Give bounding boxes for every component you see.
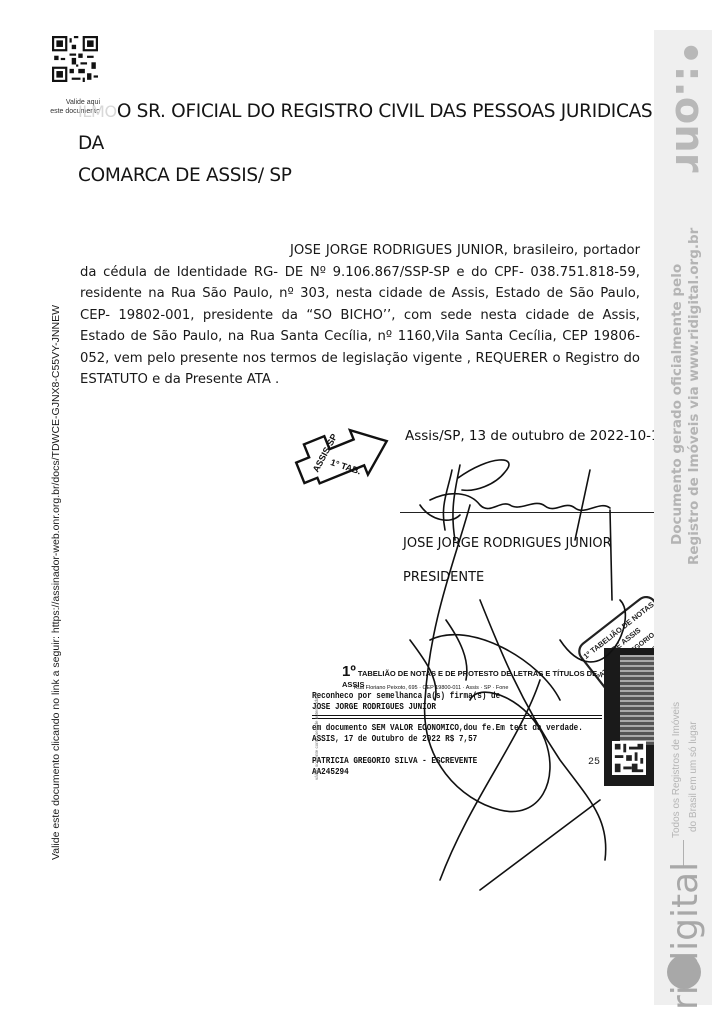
document-title: ILMOO SR. OFICIAL DO REGISTRO CIVIL DAS … [78,96,658,192]
notary-number: 1º [342,663,356,680]
seal-qr-icon [612,740,646,776]
ri-digital-tagline-2: do Brasil em um só lugar [688,721,699,832]
watermark-line-1: Documento gerado oficialmente pelo [669,264,685,545]
place-date: Assis/SP, 13 de outubro de 2022-10-13 [405,428,668,444]
request-body: JOSE JORGE RODRIGUES JUNIOR, brasileiro,… [80,240,640,391]
signer-role: PRESIDENTE [403,570,484,585]
title-line-1: O SR. OFICIAL DO REGISTRO CIVIL DAS PESS… [78,101,652,154]
signature-line [400,512,658,513]
notary-line [312,745,567,756]
notary-line: em documento SEM VALOR ECONOMICO,dou fe.… [312,723,567,734]
qr-code-icon[interactable] [52,36,98,82]
notary-line: Reconheco por semelhanca a(s) firma(s) d… [312,691,567,702]
request-paragraph: JOSE JORGE RODRIGUES JUNIOR, brasileiro,… [80,240,640,391]
tab-arrow-stamp: ASSIS-SP 1° TAB. [290,422,400,494]
notary-side-text: válido somente com o selo de autenticida… [314,692,319,780]
ri-digital-tagline-1: Todos os Registros de Imóveis [671,702,682,838]
title-line-2: COMARCA DE ASSIS/ SP [78,160,658,192]
onr-logo: •:.onr [666,40,712,172]
notary-line: AA245294 [312,767,567,778]
notary-recognition-stamp: 1º TABELIÃO DE NOTAS E DE PROTESTO DE LE… [312,663,612,778]
security-seal-hologram [620,655,654,745]
validation-link[interactable]: Valide este documento clicando no link a… [50,305,62,860]
title-ghost-prefix: ILMO [78,102,117,121]
notary-line: PATRICIA GREGORIO SILVA - ESCREVENTE [312,756,567,767]
watermark-line-2[interactable]: Registro de Imóveis via www.ridigital.or… [686,228,702,565]
notary-line: ASSIS, 17 de Outubro de 2022 R$ 7,57 [312,734,567,745]
ri-digital-brand: ri digital [665,862,706,1010]
notary-rule [312,715,602,719]
notary-line: JOSE JORGE RODRIGUES JUNIOR [312,702,567,713]
signer-name: JOSE JORGE RODRIGUES JUNIOR [403,536,612,551]
